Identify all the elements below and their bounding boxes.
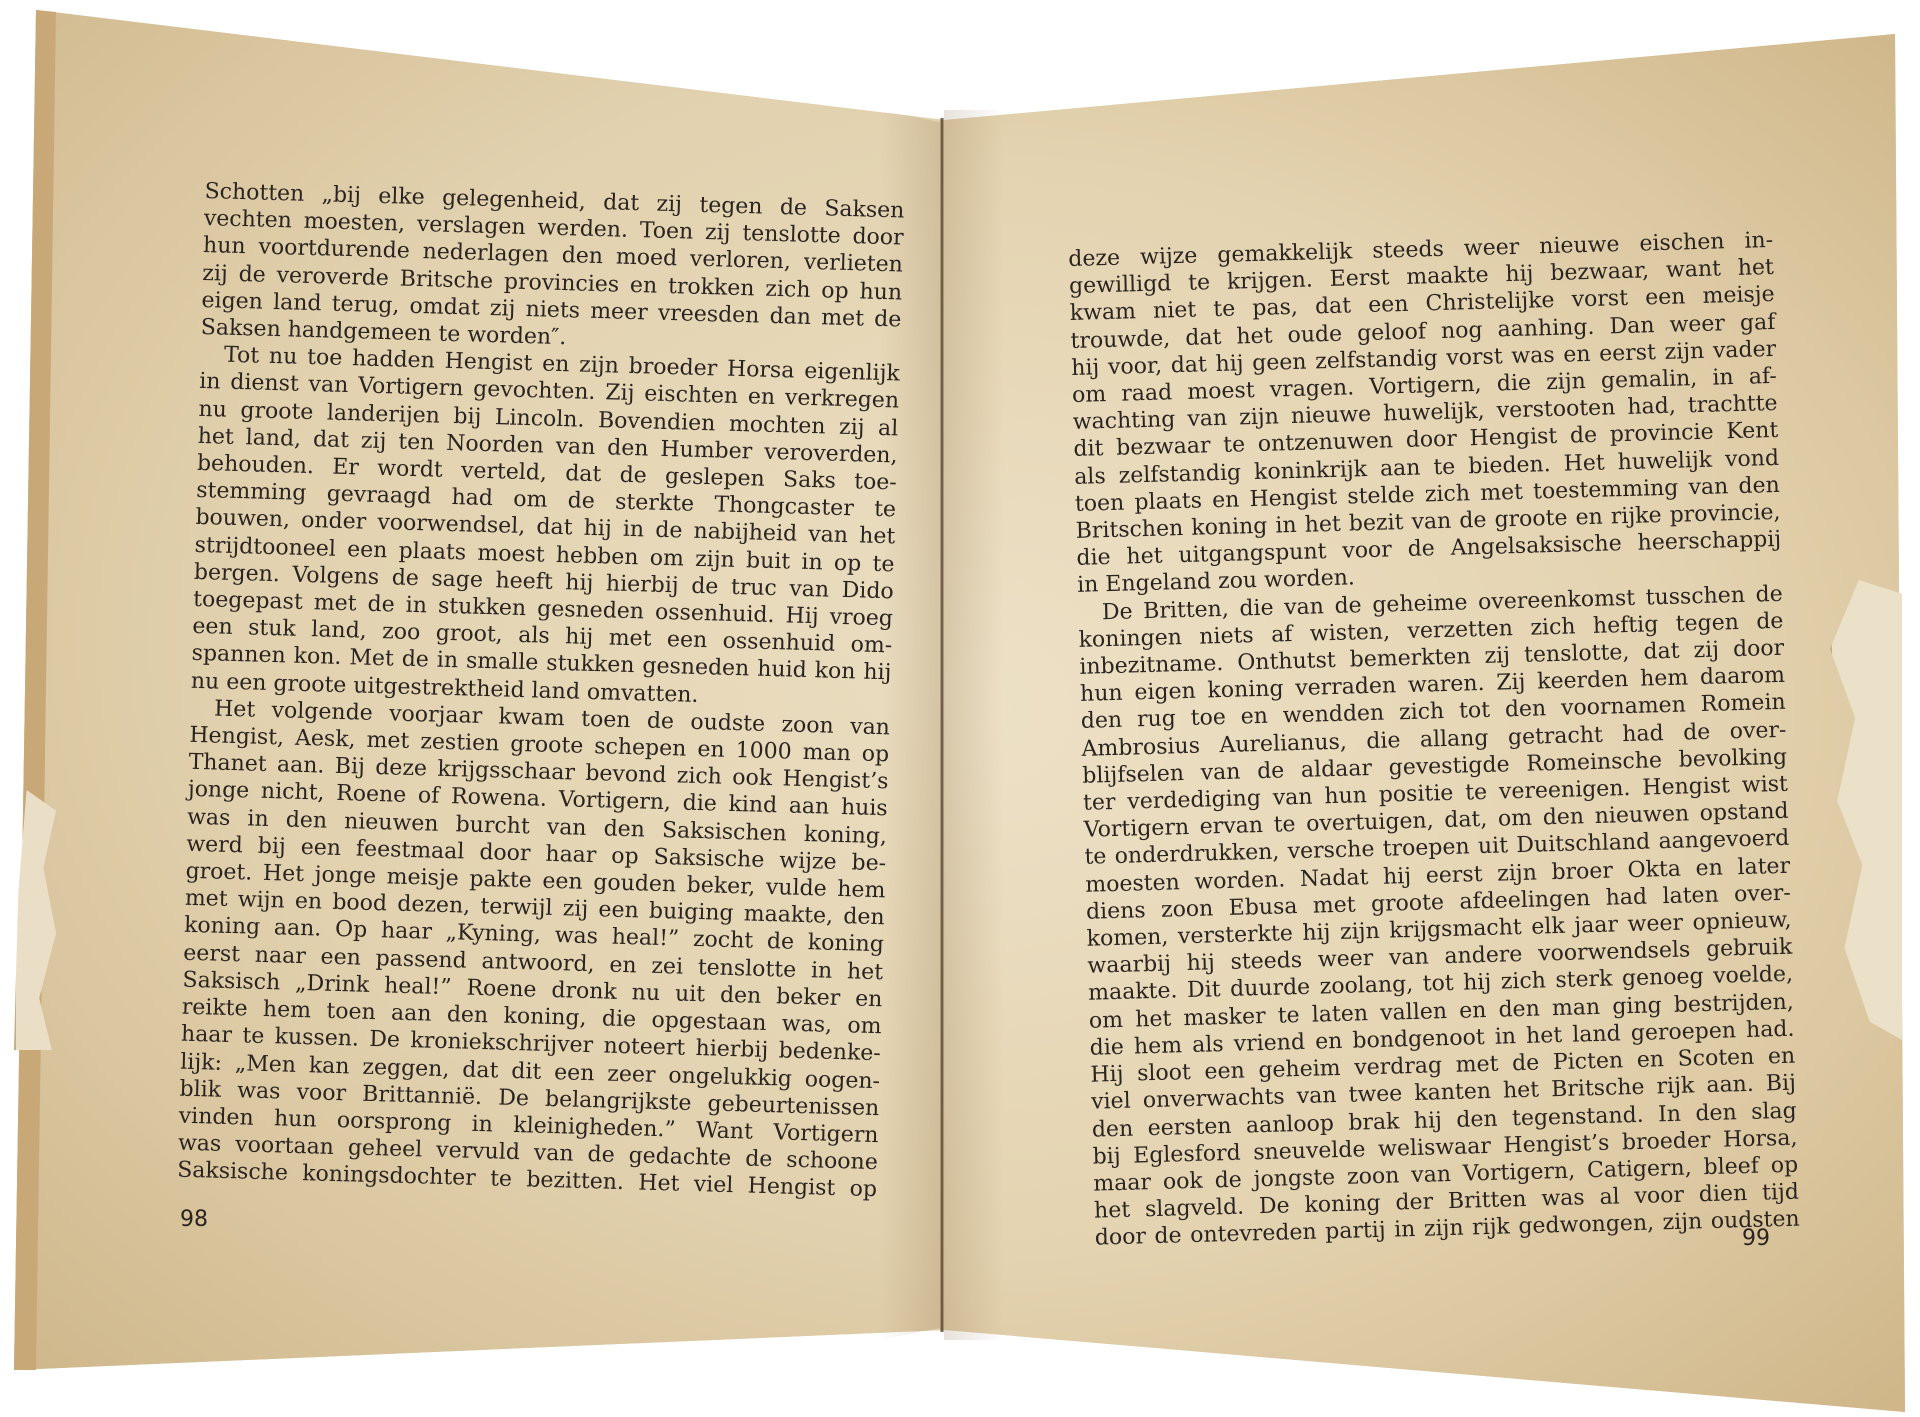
open-book: Schotten „bij elke gelegenheid, dat zij … xyxy=(0,0,1920,1417)
gutter-shadow-right xyxy=(944,110,1004,1340)
page-number-right: 99 xyxy=(1742,1226,1770,1251)
book-gutter xyxy=(940,118,944,1332)
page-number-left: 98 xyxy=(180,1207,208,1232)
left-page-text: Schotten „bij elke gelegenheid, dat zij … xyxy=(177,178,905,1204)
right-page-text: deze wijze gemakkelijk steeds weer nieuw… xyxy=(1068,227,1800,1252)
